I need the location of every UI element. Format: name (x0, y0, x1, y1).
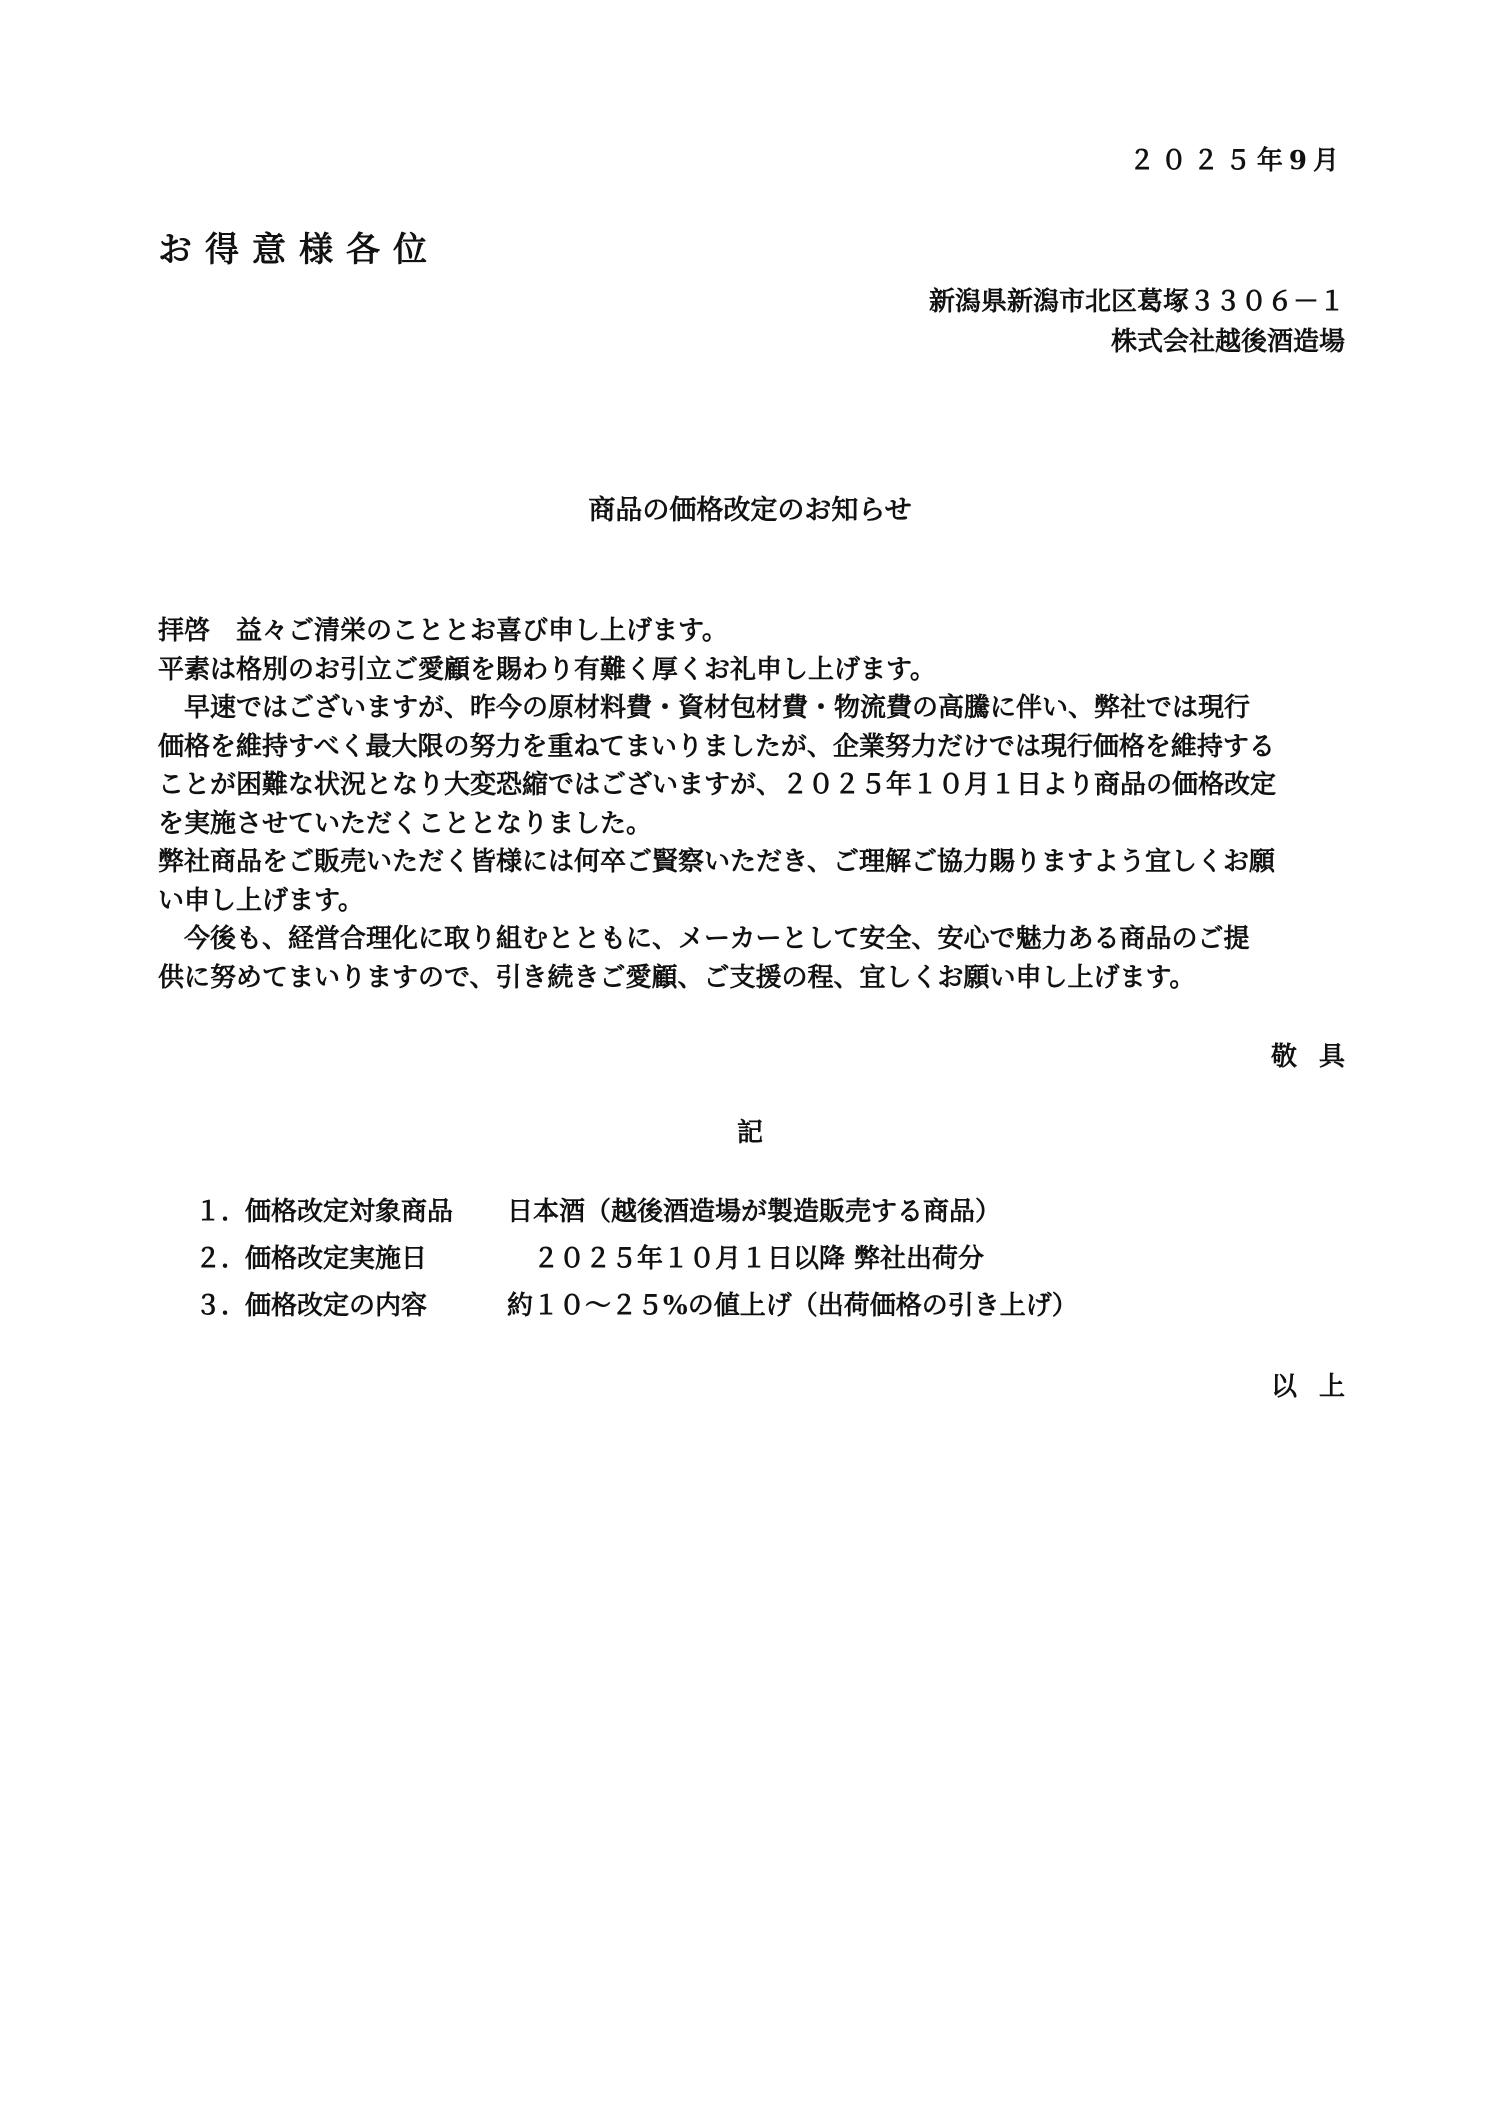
details-item: ２． 価格改定実施日 ２０２５年１０月１日以降 弊社出荷分 (195, 1233, 1078, 1280)
item-value: 約１０～２５%の値上げ（出荷価格の引き上げ） (507, 1285, 1078, 1322)
item-number: １． (195, 1191, 245, 1228)
body-line: を実施させていただくこととなりました。 (158, 805, 1358, 844)
sender-block: 新潟県新潟市北区葛塚３３０６－１ 株式会社越後酒造場 (929, 282, 1345, 362)
notice-title: 商品の価格改定のお知らせ (0, 488, 1500, 527)
body-line: 価格を維持すべく最大限の努力を重ねてまいりましたが、企業努力だけでは現行価格を維… (158, 728, 1358, 767)
body-line: 今後も、経営合理化に取り組むとともに、メーカーとして安全、安心で魅力ある商品のご… (158, 920, 1358, 959)
item-number: ２． (195, 1238, 245, 1275)
sender-company: 株式会社越後酒造場 (929, 322, 1345, 362)
body-line: ことが困難な状況となり大変恐縮ではございますが、２０２５年１０月１日より商品の価… (158, 766, 1358, 805)
body-line: 弊社商品をご販売いただく皆様には何卒ご賢察いただき、ご理解ご協力賜りますよう宜し… (158, 843, 1358, 882)
item-value: 日本酒（越後酒造場が製造販売する商品） (507, 1191, 1001, 1228)
body-line: 平素は格別のお引立ご愛顧を賜わり有難く厚くお礼申し上げます。 (158, 651, 1358, 690)
notice-body: 拝啓 益々ご清栄のこととお喜び申し上げます。 平素は格別のお引立ご愛顧を賜わり有… (158, 612, 1358, 997)
details-item: ３． 価格改定の内容 約１０～２５%の値上げ（出荷価格の引き上げ） (195, 1280, 1078, 1327)
item-label: 価格改定実施日 (245, 1238, 507, 1275)
details-item: １． 価格改定対象商品 日本酒（越後酒造場が製造販売する商品） (195, 1186, 1078, 1233)
item-label: 価格改定対象商品 (245, 1191, 507, 1228)
sender-address: 新潟県新潟市北区葛塚３３０６－１ (929, 282, 1345, 322)
ki-heading: 記 (0, 1112, 1500, 1149)
closing-keigu: 敬具 (1271, 1036, 1367, 1073)
body-line: い申し上げます。 (158, 882, 1358, 921)
body-line: 拝啓 益々ご清栄のこととお喜び申し上げます。 (158, 612, 1358, 651)
body-line: 供に努めてまいりますので、引き続きご愛顧、ご支援の程、宜しくお願い申し上げます。 (158, 959, 1358, 998)
item-value: ２０２５年１０月１日以降 弊社出荷分 (507, 1238, 984, 1275)
addressee: お得意様各位 (158, 222, 440, 271)
closing-ijo: 以上 (1271, 1366, 1367, 1403)
body-line: 早速ではございますが、昨今の原材料費・資材包材費・物流費の高騰に伴い、弊社では現… (158, 689, 1358, 728)
details-list: １． 価格改定対象商品 日本酒（越後酒造場が製造販売する商品） ２． 価格改定実… (195, 1186, 1078, 1327)
document-page: ２０２５年9月 お得意様各位 新潟県新潟市北区葛塚３３０６－１ 株式会社越後酒造… (0, 0, 1500, 2123)
document-date: ２０２５年9月 (1129, 140, 1345, 177)
item-number: ３． (195, 1285, 245, 1322)
item-label: 価格改定の内容 (245, 1285, 507, 1322)
